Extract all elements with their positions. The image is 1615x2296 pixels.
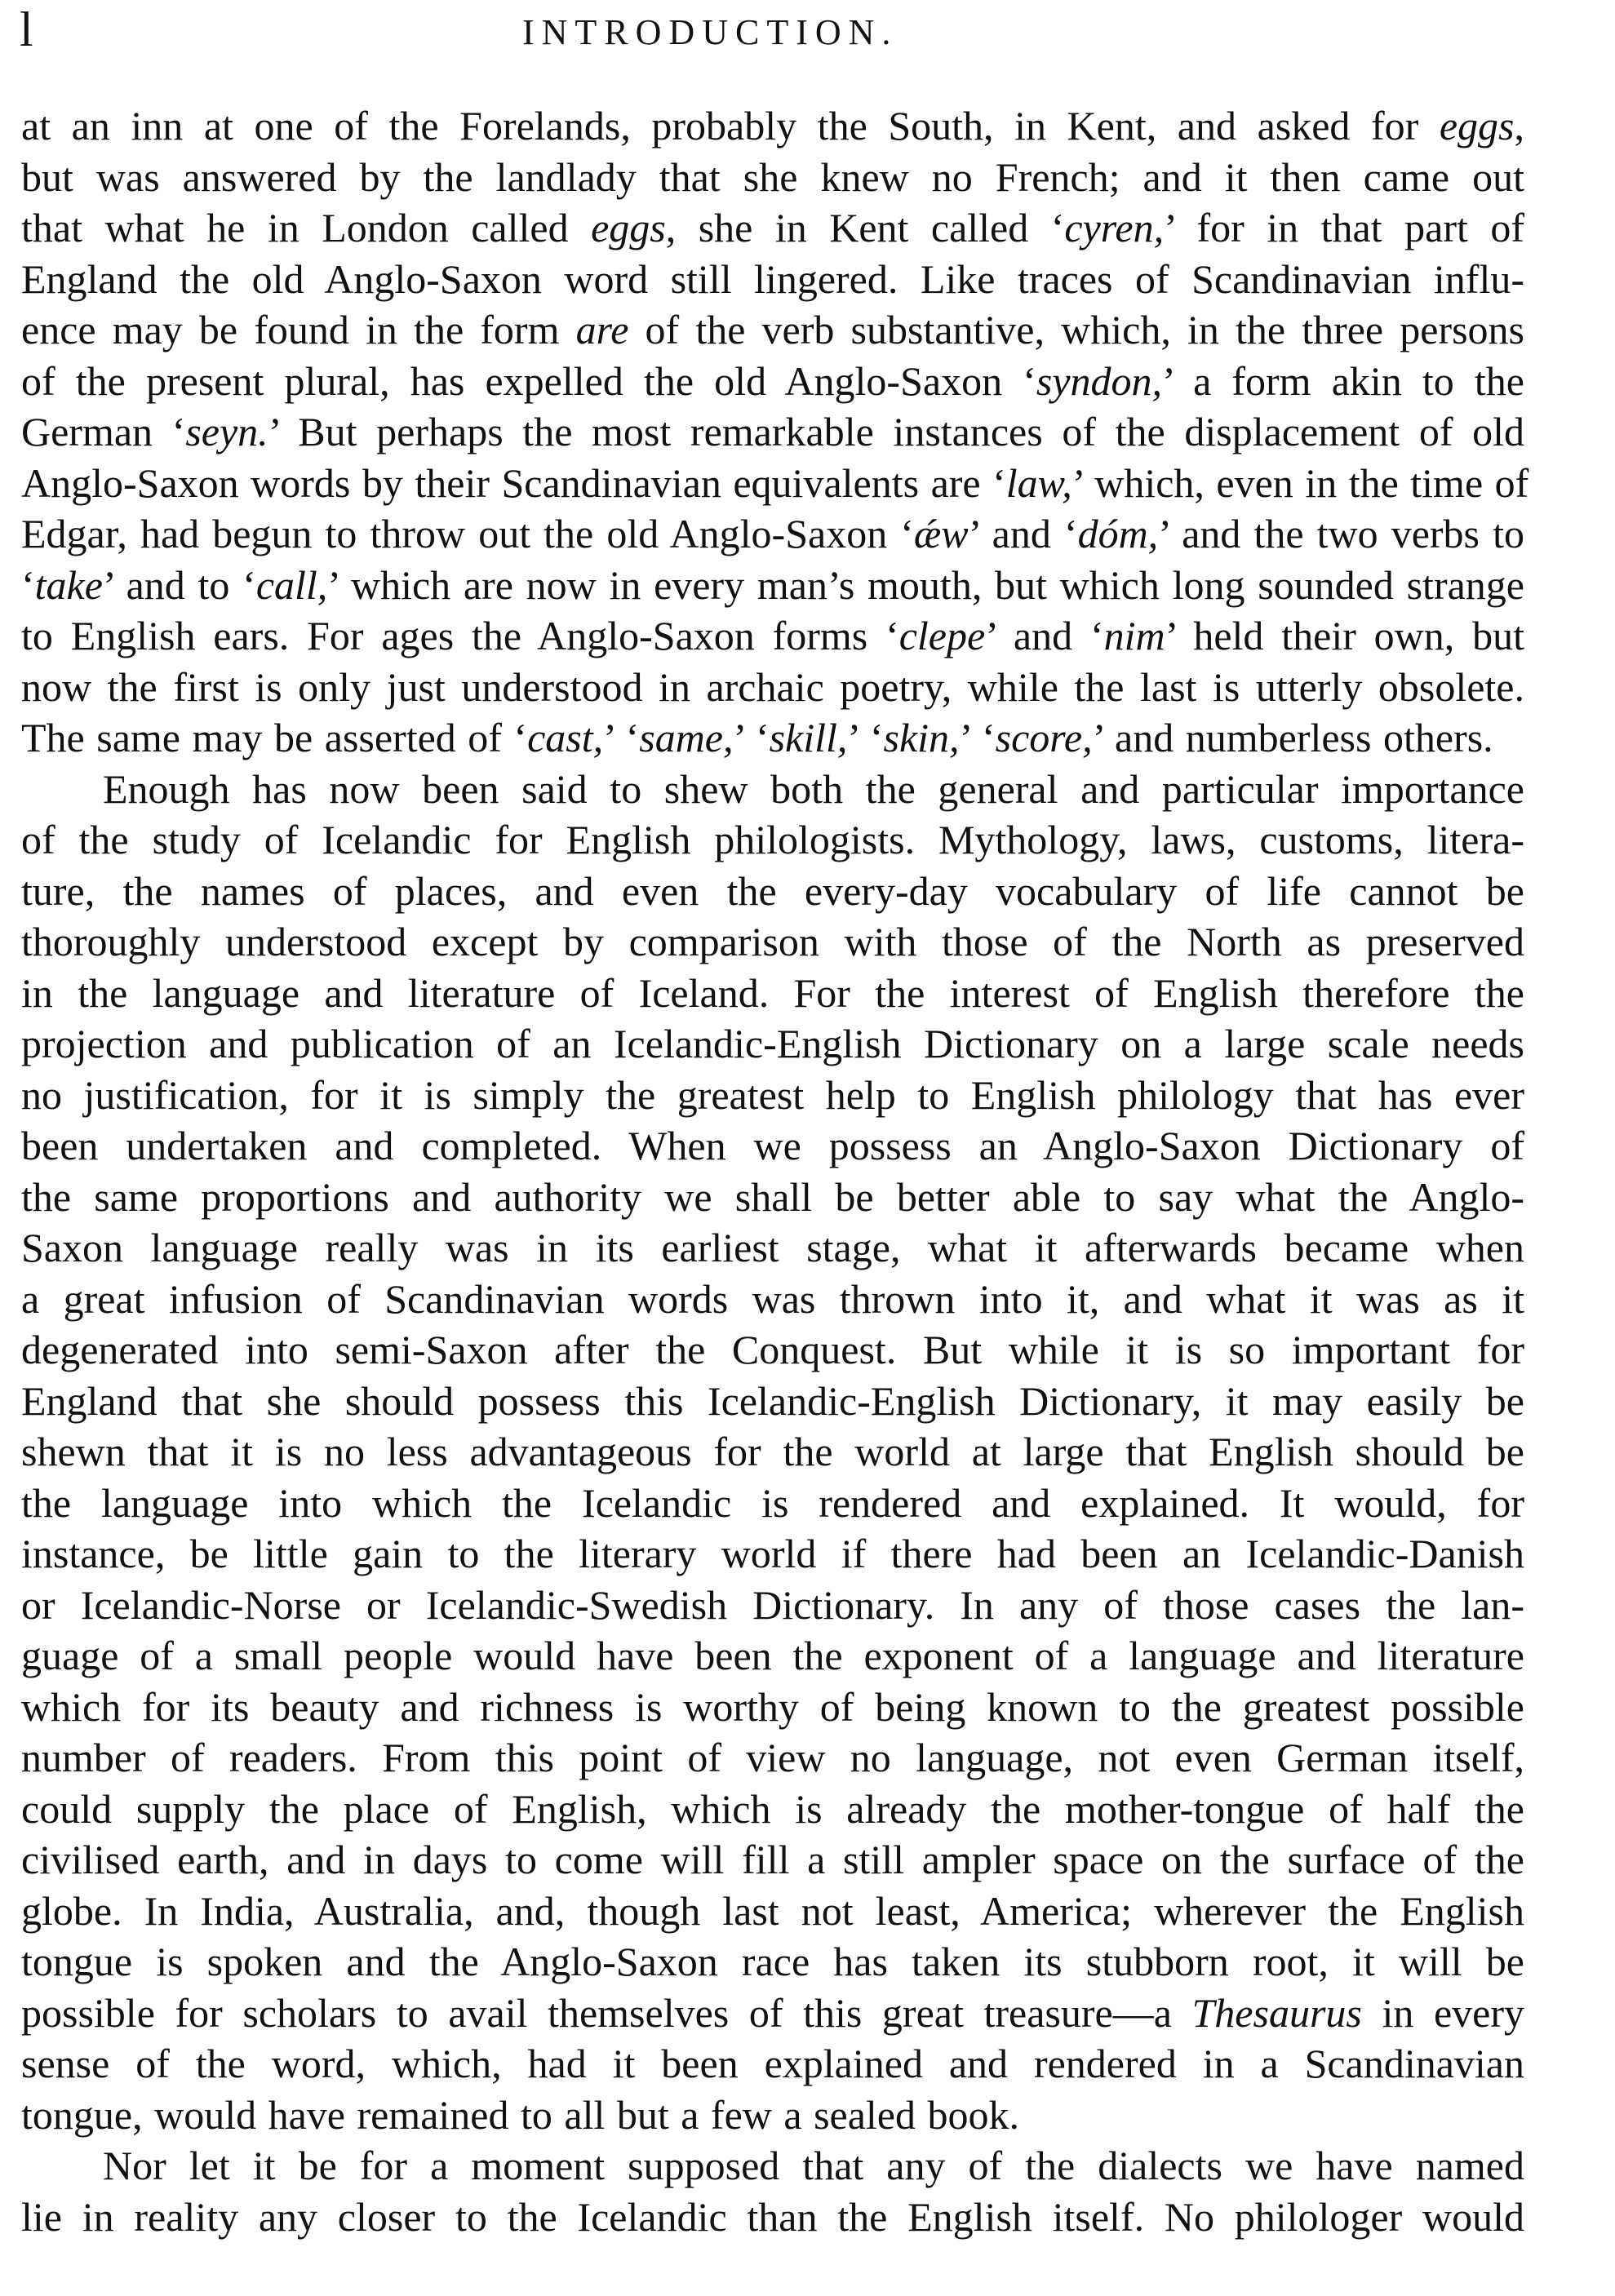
- text-segment: ’ for in that part of: [1164, 205, 1524, 250]
- text-segment: ’ which, even in the time of: [1072, 460, 1529, 506]
- text-segment: ’ which are now in every man’s mouth, bu…: [327, 562, 1524, 608]
- italic-term: ǽw: [914, 511, 969, 556]
- text-segment: sense of the word, which, had it been ex…: [21, 2041, 1524, 2086]
- text-line: guage of a small people would have been …: [21, 1630, 1524, 1681]
- text-segment: tongue is spoken and the Anglo-Saxon rac…: [21, 1939, 1524, 1984]
- text-segment: in every: [1362, 1990, 1524, 2036]
- italic-term: law,: [1006, 460, 1072, 506]
- text-segment: no justification, for it is simply the g…: [21, 1072, 1524, 1118]
- text-segment: projection and publication of an Iceland…: [21, 1021, 1524, 1066]
- text-segment: civilised earth, and in days to come wil…: [21, 1837, 1524, 1882]
- text-line: German ‘seyn.’ But perhaps the most rema…: [21, 406, 1524, 457]
- text-line: in the language and literature of Icelan…: [21, 968, 1524, 1018]
- text-line: to English ears. For ages the Anglo-Saxo…: [21, 610, 1524, 661]
- text-line: instance, be little gain to the literary…: [21, 1528, 1524, 1579]
- text-line: been undertaken and completed. When we p…: [21, 1120, 1524, 1171]
- text-segment: ence may be found in the form: [21, 307, 576, 352]
- text-segment: number of readers. From this point of vi…: [21, 1735, 1524, 1780]
- italic-term: nim: [1104, 613, 1165, 658]
- text-line: lie in reality any closer to the Iceland…: [21, 2192, 1524, 2242]
- text-segment: lie in reality any closer to the Iceland…: [21, 2194, 1524, 2240]
- text-segment: the language into which the Icelandic is…: [21, 1480, 1524, 1526]
- text-line: globe. In India, Australia, and, though …: [21, 1886, 1524, 1936]
- text-segment: ’ and ‘: [985, 613, 1103, 658]
- italic-term: syndon,: [1036, 358, 1162, 404]
- italic-term: cyren,: [1064, 205, 1164, 250]
- text-segment: The same may be asserted of ‘: [21, 715, 527, 760]
- italic-term: score,: [996, 715, 1093, 760]
- italic-term: eggs: [1440, 103, 1515, 148]
- text-segment: ’ a form akin to the: [1162, 358, 1524, 404]
- running-title: INTRODUCTION.: [522, 8, 881, 57]
- text-segment: Saxon language really was in its earlies…: [21, 1225, 1524, 1270]
- text-line: of the study of Icelandic for English ph…: [21, 814, 1524, 865]
- text-line: Enough has now been said to shew both th…: [21, 764, 1524, 814]
- text-segment: ‘: [21, 562, 35, 608]
- text-line: England that she should possess this Ice…: [21, 1376, 1524, 1426]
- text-segment: Nor let it be for a moment supposed that…: [103, 2143, 1524, 2188]
- text-line: ence may be found in the form are of the…: [21, 304, 1524, 355]
- text-line: at an inn at one of the Forelands, proba…: [21, 100, 1524, 151]
- text-line: The same may be asserted of ‘cast,’ ‘sam…: [21, 712, 1524, 763]
- italic-term: skin,: [884, 715, 960, 760]
- text-line: number of readers. From this point of vi…: [21, 1732, 1524, 1783]
- text-line: now the first is only just understood in…: [21, 662, 1524, 712]
- text-segment: shewn that it is no less advantageous fo…: [21, 1429, 1524, 1474]
- text-line: could supply the place of English, which…: [21, 1784, 1524, 1834]
- text-segment: of the verb substantive, which, in the t…: [628, 307, 1524, 352]
- text-segment: possible for scholars to avail themselve…: [21, 1990, 1191, 2036]
- text-segment: instance, be little gain to the literary…: [21, 1531, 1524, 1576]
- italic-term: are: [576, 307, 629, 352]
- text-segment: in the language and literature of Icelan…: [21, 970, 1524, 1016]
- text-segment: that what he in London called: [21, 205, 591, 250]
- text-segment: Edgar, had begun to throw out the old An…: [21, 511, 914, 556]
- text-segment: or Icelandic-Norse or Icelandic-Swedish …: [21, 1582, 1524, 1628]
- text-line: Anglo-Saxon words by their Scandinavian …: [21, 458, 1524, 508]
- text-segment: to English ears. For ages the Anglo-Saxo…: [21, 613, 899, 658]
- text-line: Nor let it be for a moment supposed that…: [21, 2140, 1524, 2191]
- italic-term: same,: [639, 715, 733, 760]
- text-line: tongue, would have remained to all but a…: [21, 2090, 1524, 2140]
- text-segment: England that she should possess this Ice…: [21, 1378, 1524, 1424]
- text-segment: degenerated into semi-Saxon after the Co…: [21, 1327, 1524, 1372]
- italic-term: skill,: [770, 715, 848, 760]
- text-segment: German ‘: [21, 409, 185, 454]
- text-segment: a great infusion of Scandinavian words w…: [21, 1276, 1524, 1322]
- text-segment: ’ But perhaps the most remarkable instan…: [268, 409, 1524, 454]
- text-segment: ’ and numberless others.: [1093, 715, 1493, 760]
- text-line: Edgar, had begun to throw out the old An…: [21, 508, 1524, 559]
- italic-term: eggs: [591, 205, 666, 250]
- text-segment: ’ ‘: [734, 715, 770, 760]
- text-segment: ’ and the two verbs to: [1158, 511, 1524, 556]
- text-segment: ’ ‘: [847, 715, 883, 760]
- text-line: tongue is spoken and the Anglo-Saxon rac…: [21, 1936, 1524, 1987]
- text-line: no justification, for it is simply the g…: [21, 1070, 1524, 1120]
- text-line: projection and publication of an Iceland…: [21, 1018, 1524, 1069]
- text-line: of the present plural, has expelled the …: [21, 356, 1524, 406]
- text-segment: could supply the place of English, which…: [21, 1786, 1524, 1832]
- text-segment: ’ ‘: [960, 715, 996, 760]
- text-line: which for its beauty and richness is wor…: [21, 1682, 1524, 1732]
- text-line: the same proportions and authority we sh…: [21, 1172, 1524, 1222]
- text-segment: England the old Anglo-Saxon word still l…: [21, 256, 1524, 302]
- italic-term: Thesaurus: [1191, 1990, 1361, 2036]
- text-segment: which for its beauty and richness is wor…: [21, 1684, 1524, 1730]
- text-segment: of the study of Icelandic for English ph…: [21, 817, 1524, 862]
- text-segment: now the first is only just understood in…: [21, 664, 1524, 710]
- text-line: thoroughly understood except by comparis…: [21, 916, 1524, 967]
- italic-term: call,: [256, 562, 327, 608]
- text-segment: guage of a small people would have been …: [21, 1633, 1524, 1678]
- text-line: shewn that it is no less advantageous fo…: [21, 1426, 1524, 1477]
- text-segment: but was answered by the landlady that sh…: [21, 154, 1524, 200]
- text-segment: the same proportions and authority we sh…: [21, 1174, 1524, 1220]
- text-segment: ,: [1515, 103, 1525, 148]
- text-line: Saxon language really was in its earlies…: [21, 1222, 1524, 1273]
- text-segment: ture, the names of places, and even the …: [21, 868, 1524, 914]
- italic-term: clepe: [899, 613, 985, 658]
- italic-term: dóm,: [1078, 511, 1159, 556]
- text-line: ture, the names of places, and even the …: [21, 866, 1524, 916]
- text-line: ‘take’ and to ‘call,’ which are now in e…: [21, 560, 1524, 610]
- text-line: or Icelandic-Norse or Icelandic-Swedish …: [21, 1580, 1524, 1630]
- text-segment: at an inn at one of the Forelands, proba…: [21, 103, 1440, 148]
- text-line: degenerated into semi-Saxon after the Co…: [21, 1324, 1524, 1375]
- text-line: the language into which the Icelandic is…: [21, 1478, 1524, 1528]
- italic-term: seyn.: [185, 409, 268, 454]
- text-segment: of the present plural, has expelled the …: [21, 358, 1036, 404]
- text-segment: been undertaken and completed. When we p…: [21, 1123, 1524, 1168]
- text-line: civilised earth, and in days to come wil…: [21, 1834, 1524, 1885]
- text-segment: Anglo-Saxon words by their Scandinavian …: [21, 460, 1006, 506]
- book-page: l INTRODUCTION. at an inn at one of the …: [0, 0, 1615, 2296]
- text-segment: ’ ‘: [603, 715, 639, 760]
- text-segment: , she in Kent called ‘: [666, 205, 1065, 250]
- page-number: l: [20, 5, 33, 54]
- text-segment: ’ and ‘: [969, 511, 1078, 556]
- text-line: that what he in London called eggs, she …: [21, 202, 1524, 253]
- italic-term: cast,: [527, 715, 603, 760]
- text-segment: globe. In India, Australia, and, though …: [21, 1888, 1524, 1934]
- text-line: possible for scholars to avail themselve…: [21, 1988, 1524, 2038]
- text-segment: ’ and to ‘: [103, 562, 256, 608]
- italic-term: take: [35, 562, 103, 608]
- text-line: a great infusion of Scandinavian words w…: [21, 1274, 1524, 1324]
- text-line: England the old Anglo-Saxon word still l…: [21, 254, 1524, 304]
- text-segment: ’ held their own, but: [1165, 613, 1524, 658]
- text-segment: tongue, would have remained to all but a…: [21, 2092, 1019, 2138]
- text-line: but was answered by the landlady that sh…: [21, 152, 1524, 202]
- text-segment: thoroughly understood except by comparis…: [21, 919, 1524, 964]
- text-line: sense of the word, which, had it been ex…: [21, 2038, 1524, 2089]
- text-segment: Enough has now been said to shew both th…: [103, 766, 1524, 812]
